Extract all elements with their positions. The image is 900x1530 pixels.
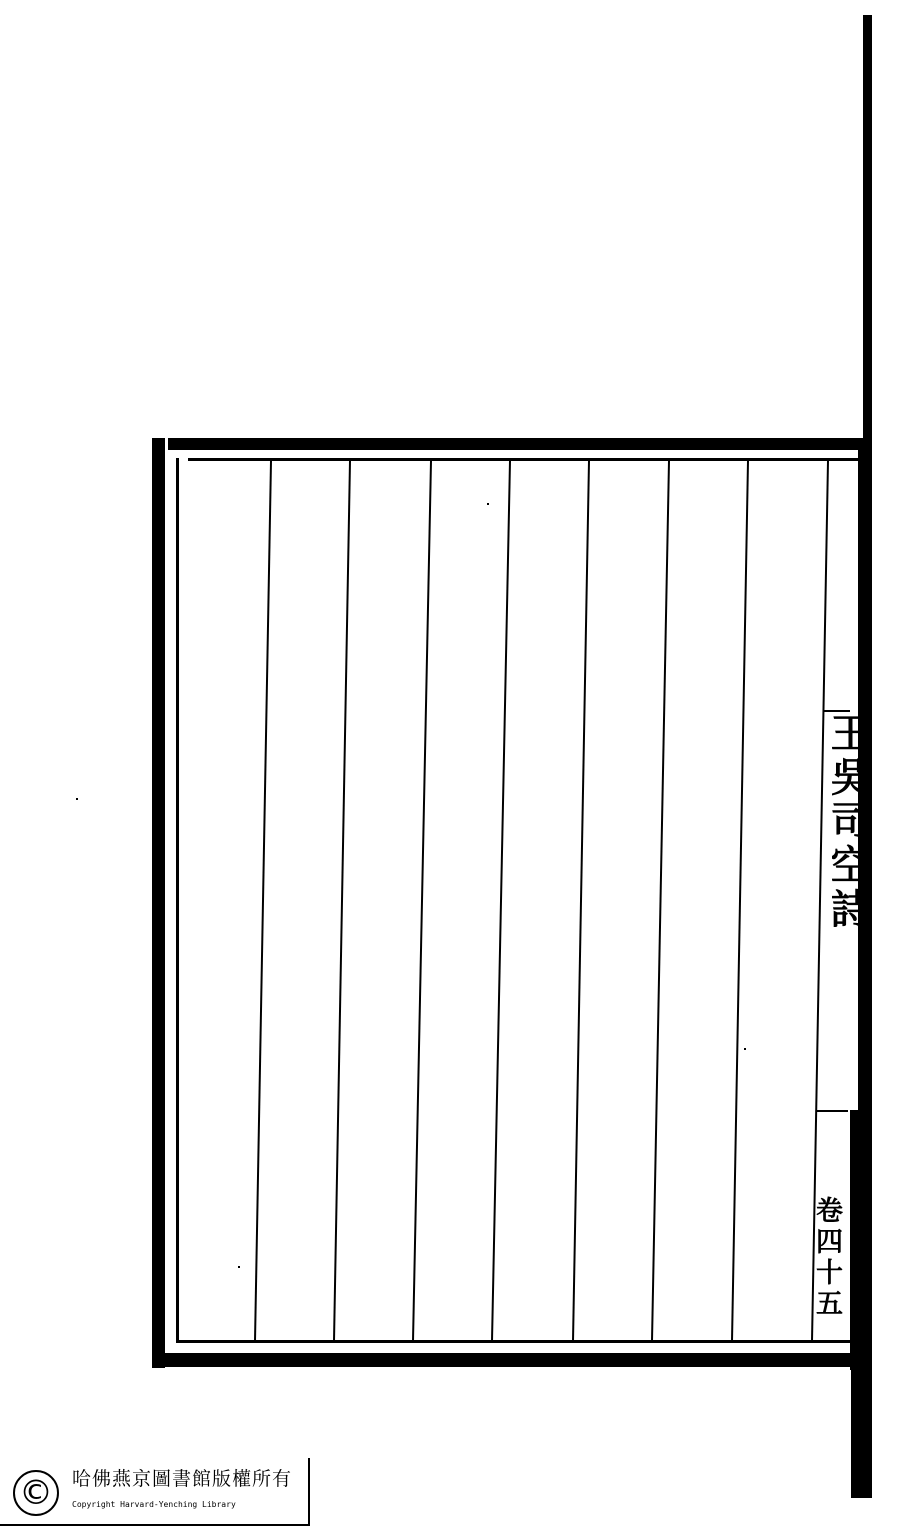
banner-divider-bottom — [816, 1110, 848, 1112]
column-rule — [333, 461, 351, 1341]
folio-number: 卷四十五 — [812, 1196, 846, 1320]
banner-title: 王吳司空詩集 — [832, 712, 876, 962]
column-rule — [412, 461, 432, 1341]
speck — [487, 503, 489, 505]
speck — [744, 1048, 746, 1050]
column-rule — [572, 461, 590, 1341]
copyright-english: Copyright Harvard-Yenching Library — [72, 1500, 236, 1509]
frame-right-lower-border — [851, 1370, 868, 1498]
frame-top-border — [168, 438, 868, 450]
frame-left-border — [152, 438, 165, 1368]
frame-bottom-border — [152, 1353, 852, 1367]
banner-right-border — [850, 1110, 866, 1370]
copyright-icon: © — [13, 1470, 59, 1516]
copyright-stamp: © 哈佛燕京圖書館版權所有 Copyright Harvard-Yenching… — [0, 1458, 310, 1526]
column-rule — [731, 461, 749, 1341]
inner-frame-left — [176, 458, 179, 1343]
column-rule — [254, 461, 272, 1341]
column-rule — [491, 461, 511, 1341]
inner-frame-bottom — [176, 1340, 852, 1343]
speck — [76, 798, 78, 800]
column-rule — [651, 461, 670, 1341]
inner-frame-top — [188, 458, 858, 461]
speck — [238, 1266, 240, 1268]
copyright-chinese: 哈佛燕京圖書館版權所有 — [72, 1464, 292, 1491]
